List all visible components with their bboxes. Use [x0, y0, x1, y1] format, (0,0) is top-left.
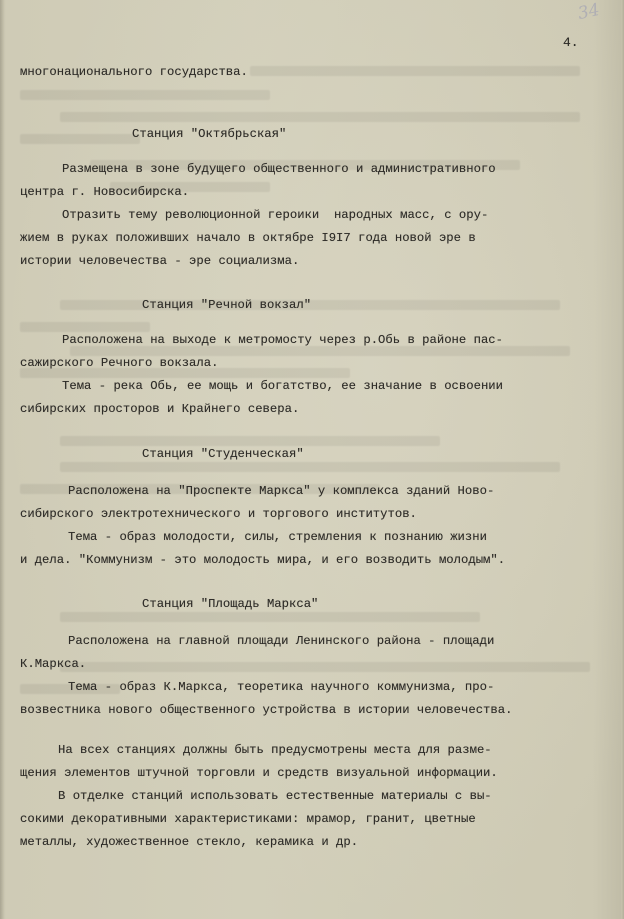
- section-line: Отразить тему революционной героики наро…: [62, 207, 488, 223]
- page-number: 4.: [563, 35, 579, 51]
- closing-line: На всех станциях должны быть предусмотре…: [58, 742, 492, 758]
- section-line: Расположена на выходе к метромосту через…: [62, 332, 503, 348]
- section-title: Станция "Октябрьская": [132, 126, 286, 142]
- section-title: Станция "Площадь Маркса": [142, 596, 318, 612]
- archive-sheet-number: 34: [576, 0, 601, 24]
- section-line: сибирских просторов и Крайнего севера.: [20, 401, 299, 417]
- section-title: Станция "Речной вокзал": [142, 297, 311, 313]
- page-edge-left: [0, 0, 4, 919]
- section-line: Тема - образ К.Маркса, теоретика научног…: [68, 679, 494, 695]
- section-line: сибирского электротехнического и торгово…: [20, 506, 417, 522]
- closing-line: металлы, художественное стекло, керамика…: [20, 834, 358, 850]
- section-line: жием в руках положивших начало в октябре…: [20, 230, 476, 246]
- section-line: истории человечества - эре социализма.: [20, 253, 299, 269]
- section-line: центра г. Новосибирска.: [20, 184, 189, 200]
- section-title: Станция "Студенческая": [142, 446, 304, 462]
- closing-line: сокими декоративными характеристиками: м…: [20, 811, 476, 827]
- closing-line: В отделке станций использовать естествен…: [58, 788, 492, 804]
- section-line: Размещена в зоне будущего общественного …: [62, 161, 496, 177]
- section-line: Тема - образ молодости, силы, стремления…: [68, 529, 487, 545]
- section-line: Расположена на главной площади Ленинског…: [68, 633, 494, 649]
- section-line: сажирского Речного вокзала.: [20, 355, 218, 371]
- section-line: Расположена на "Проспекте Маркса" у комп…: [68, 483, 494, 499]
- bleed-through-text: [0, 0, 624, 919]
- section-line: К.Маркса.: [20, 656, 86, 672]
- document-page: 34 4. многонационального государства. Ст…: [0, 0, 624, 919]
- section-line: Тема - река Обь, ее мощь и богатство, ее…: [62, 378, 503, 394]
- section-line: и дела. "Коммунизм - это молодость мира,…: [20, 552, 505, 568]
- continuation-line: многонационального государства.: [20, 64, 248, 80]
- closing-line: щения элементов штучной торговли и средс…: [20, 765, 498, 781]
- section-line: возвестника нового общественного устройс…: [20, 702, 512, 718]
